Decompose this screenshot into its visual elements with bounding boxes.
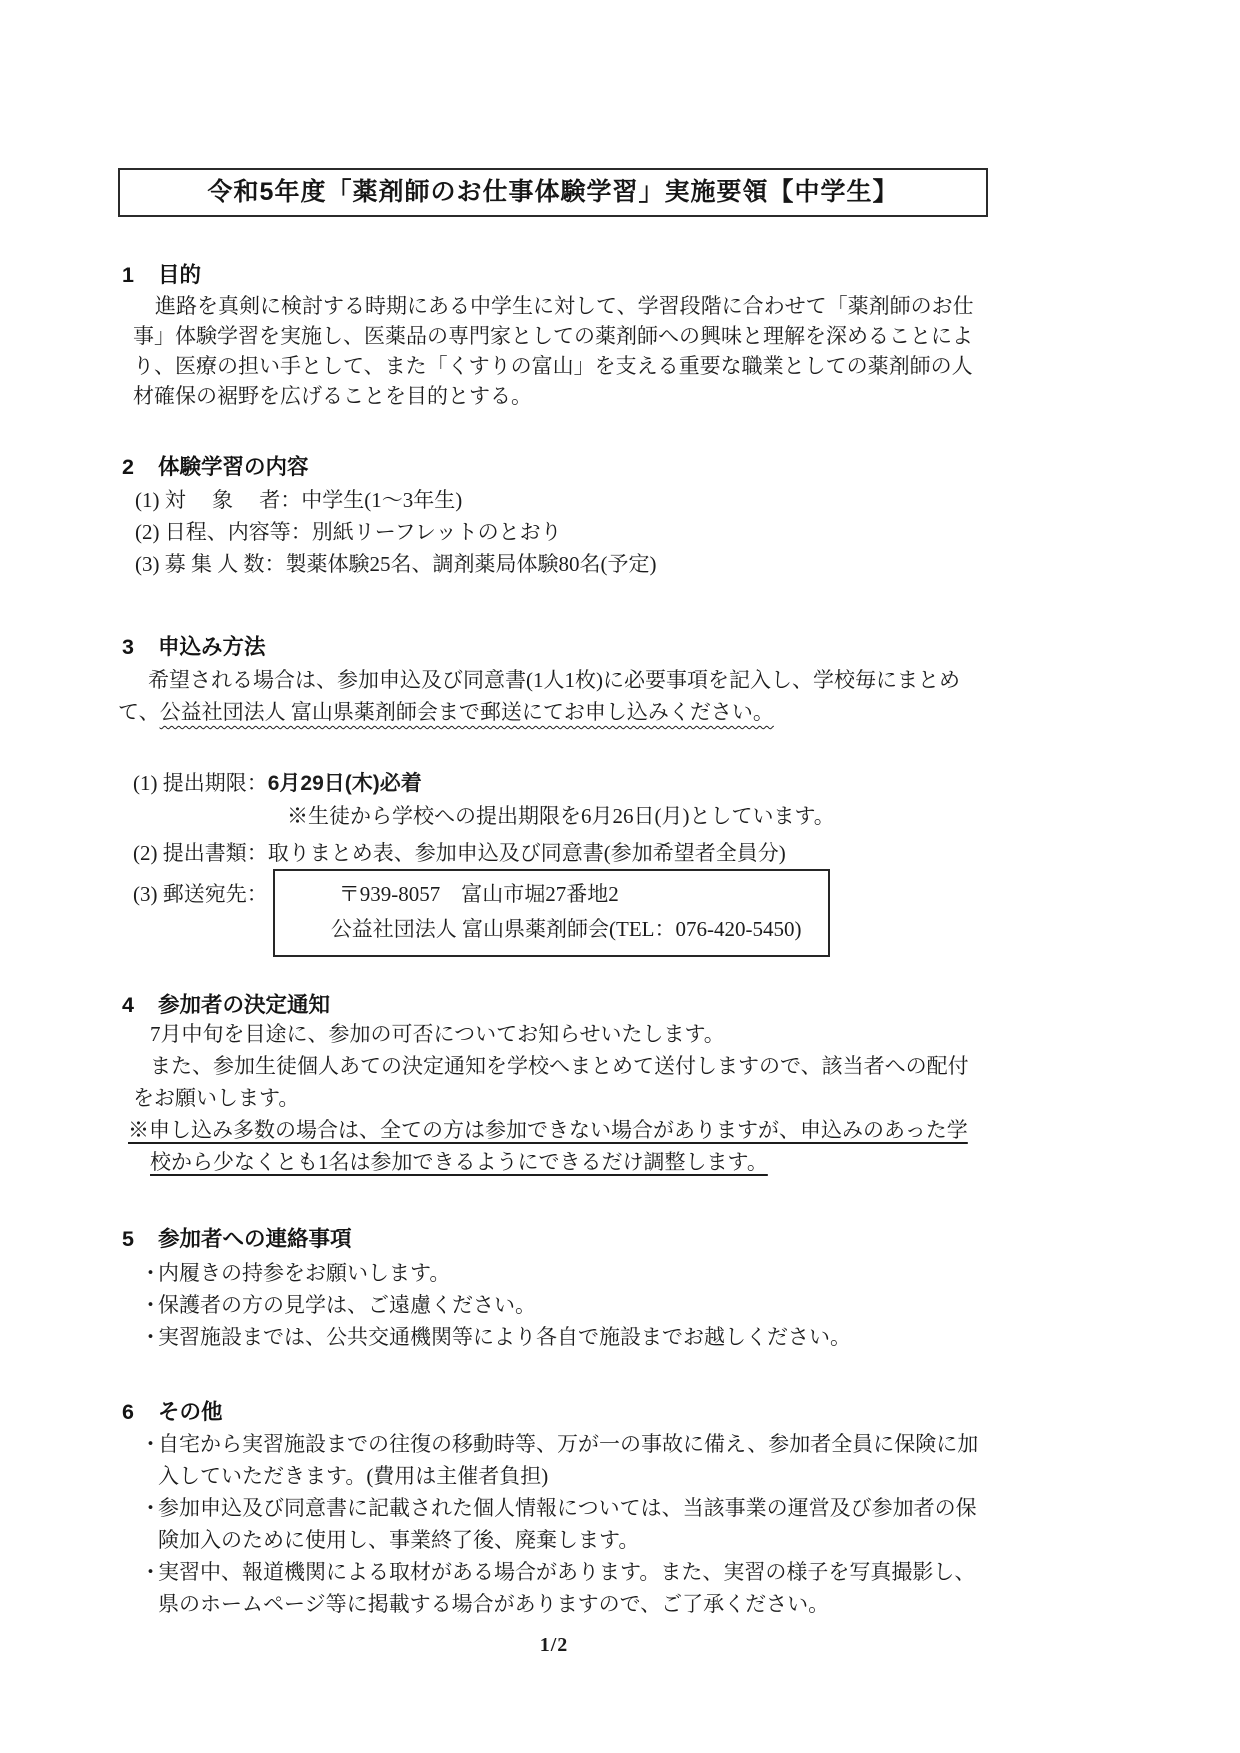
bullet-marker: ・ [140,1257,158,1289]
section-heading: 5 参加者への連絡事項 [120,1226,988,1252]
bullet-marker: ・ [140,1321,158,1353]
document-title: 令和5年度「薬剤師のお仕事体験学習」実施要領【中学生】 [208,178,899,206]
item-capacity: (3) 募 集 人 数：製薬体験25名、調剤薬局体験80名(予定) [135,548,988,580]
program-content-items: (1) 対 象 者：中学生(1～3年生) (2) 日程、内容等：別紙リーフレット… [120,484,988,580]
section-number: 6 [122,1399,158,1425]
bullet-text: 自宅から実習施設までの往復の移動時等、万が一の事故に備え、参加者全員に保険に加入… [158,1428,988,1492]
bullet-item: ・自宅から実習施設までの往復の移動時等、万が一の事故に備え、参加者全員に保険に加… [140,1428,988,1492]
item-target: (1) 対 象 者：中学生(1～3年生) [135,484,988,516]
bullet-text: 実習施設までは、公共交通機関等により各自で施設までお越しください。 [158,1321,988,1353]
participant-notes-list: ・内履きの持参をお願いします。 ・保護者の方の見学は、ご遠慮ください。 ・実習施… [140,1257,988,1353]
section-number: 1 [122,262,158,288]
item-schedule: (2) 日程、内容等：別紙リーフレットのとおり [135,516,988,548]
documents-row: (2) 提出書類：取りまとめ表、参加申込及び同意書(参加希望者全員分) [133,837,988,869]
section-heading: 1 目的 [120,262,988,288]
bullet-text: 実習中、報道機関による取材がある場合があります。また、実習の様子を写真撮影し、県… [158,1556,988,1620]
bullet-item: ・実習中、報道機関による取材がある場合があります。また、実習の様子を写真撮影し、… [140,1556,988,1620]
page-number-footer: 1/2 [120,1634,988,1657]
section-number: 5 [122,1226,158,1252]
section-heading: 3 申込み方法 [120,634,988,660]
other-notes-list: ・自宅から実習施設までの往復の移動時等、万が一の事故に備え、参加者全員に保険に加… [140,1428,988,1620]
section-application-method: 3 申込み方法 希望される場合は、参加申込及び同意書(1人1枚)に必要事項を記入… [120,634,988,957]
section-heading: 4 参加者の決定通知 [120,992,988,1018]
section-heading-text: 体験学習の内容 [158,454,309,480]
deadline-note: ※生徒から学校への提出期限を6月26日(月)としています。 [287,800,988,832]
deadline-value: 6月29日(木)必着 [268,772,422,795]
section-number: 2 [122,454,158,480]
section-heading-text: 申込み方法 [158,634,266,660]
document-page: 令和5年度「薬剤師のお仕事体験学習」実施要領【中学生】 1 目的 進路を真剣に検… [0,0,1240,1753]
section-heading: 6 その他 [120,1399,988,1425]
bullet-marker: ・ [140,1289,158,1321]
application-intro-emphasized: 公益社団法人 富山県薬剤師会まで郵送にてお申し込みください。 [160,700,774,724]
section-number: 4 [122,992,158,1018]
deadline-label: (1) 提出期限： [133,771,268,795]
bullet-item: ・実習施設までは、公共交通機関等により各自で施設までお越しください。 [140,1321,988,1353]
purpose-paragraph: 進路を真剣に検討する時期にある中学生に対して、学習段階に合わせて「薬剤師のお仕事… [133,291,988,411]
bullet-marker: ・ [140,1428,158,1492]
section-program-content: 2 体験学習の内容 (1) 対 象 者：中学生(1～3年生) (2) 日程、内容… [120,454,988,580]
bullet-item: ・内履きの持参をお願いします。 [140,1257,988,1289]
deadline-row: (1) 提出期限：6月29日(木)必着 [133,767,988,800]
decision-paragraph-2: また、参加生徒個人あての決定通知を学校へまとめて送付しますので、該当者への配付を… [133,1050,988,1114]
section-heading: 2 体験学習の内容 [120,454,988,480]
document-title-box: 令和5年度「薬剤師のお仕事体験学習」実施要領【中学生】 [118,168,988,217]
bullet-text: 内履きの持参をお願いします。 [158,1257,988,1289]
bullet-text: 保護者の方の見学は、ご遠慮ください。 [158,1289,988,1321]
mailing-address-box: 〒939-8057 富山市堀27番地2 公益社団法人 富山県薬剤師会(TEL：0… [273,869,830,957]
bullet-marker: ・ [140,1492,158,1556]
bullet-text: 参加申込及び同意書に記載された個人情報については、当該事業の運営及び参加者の保険… [158,1492,988,1556]
section-number: 3 [122,634,158,660]
adjustment-note-underlined: ※申し込み多数の場合は、全ての方は参加できない場合がありますが、申込みのあった学… [128,1114,988,1178]
decision-paragraph-1: 7月中旬を目途に、参加の可否についてお知らせいたします。 [133,1018,988,1050]
bullet-item: ・参加申込及び同意書に記載された個人情報については、当該事業の運営及び参加者の保… [140,1492,988,1556]
section-purpose: 1 目的 進路を真剣に検討する時期にある中学生に対して、学習段階に合わせて「薬剤… [120,262,988,411]
address-line-2: 公益社団法人 富山県薬剤師会(TEL：076-420-5450) [331,912,820,947]
section-participant-notes: 5 参加者への連絡事項 ・内履きの持参をお願いします。 ・保護者の方の見学は、ご… [120,1226,988,1353]
address-line-1: 〒939-8057 富山市堀27番地2 [331,877,820,912]
mailing-address-row: (3) 郵送宛先： 〒939-8057 富山市堀27番地2 公益社団法人 富山県… [133,869,988,957]
section-heading-text: 参加者への連絡事項 [158,1226,352,1252]
bullet-item: ・保護者の方の見学は、ご遠慮ください。 [140,1289,988,1321]
mailing-address-label: (3) 郵送宛先： [133,869,268,910]
section-other: 6 その他 ・自宅から実習施設までの往復の移動時等、万が一の事故に備え、参加者全… [120,1399,988,1620]
bullet-marker: ・ [140,1556,158,1620]
application-intro-paragraph: 希望される場合は、参加申込及び同意書(1人1枚)に必要事項を記入し、学校毎にまと… [118,664,988,728]
section-heading-text: その他 [158,1399,223,1425]
section-heading-text: 参加者の決定通知 [158,992,330,1018]
section-heading-text: 目的 [158,262,201,288]
section-decision-notice: 4 参加者の決定通知 7月中旬を目途に、参加の可否についてお知らせいたします。 … [120,992,988,1178]
